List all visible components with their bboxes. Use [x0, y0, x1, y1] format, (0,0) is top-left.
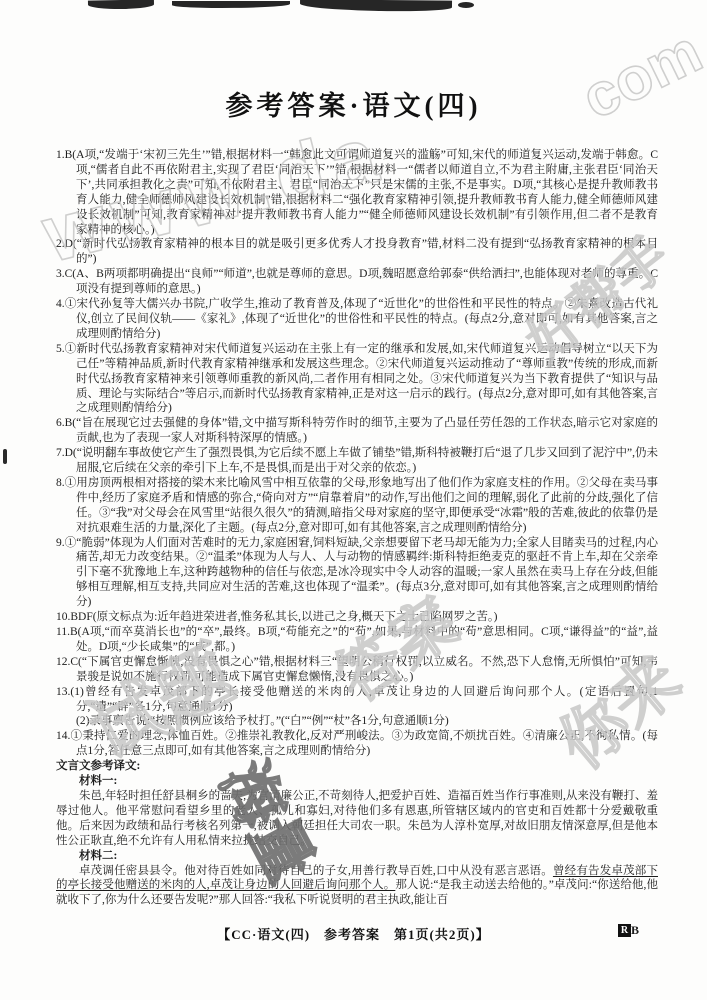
answer-item: 13.(1)曾经有告发卓茂部下的亭长接受他赠送的米肉的人,卓茂让身边的人回避后询…: [56, 685, 658, 730]
answer-number: 2.: [56, 238, 65, 250]
answer-text: B(A项,“发端于‘宋初三先生’”错,根据材料一“韩愈此文可谓师道复兴的滥觞”可…: [65, 149, 658, 236]
page-footer: 【CC·语文(四) 参考答案 第1页(共2页)】: [0, 924, 707, 943]
answer-text: C(A、B两项都明确提出“良师”“师道”,也就是尊师的意思。D项,魏昭愿意给郭泰…: [65, 268, 658, 295]
answer-item: 9.①“脆弱”体现为人们面对苦难时的无力,家庭困窘,饲料短缺,父亲想要留下老马却…: [56, 536, 658, 611]
answer-number: 8.: [56, 477, 65, 489]
answer-item: 4.①宋代孙复等大儒兴办书院,广收学生,推动了教育普及,体现了“近世化”的世俗性…: [56, 297, 658, 342]
answer-text: ①秉持仁爱的理念,体恤百姓。②推崇礼教教化,反对严刑峻法。③为政宽简,不烦扰百姓…: [70, 730, 658, 757]
answer-text: D(“说明翻车事故使它产生了强烈畏惧,为它后续不愿上车做了铺垫”错,斯科特被鞭打…: [65, 447, 658, 474]
answer-number: 11.: [56, 626, 70, 638]
answer-text: ①“脆弱”体现为人们面对苦难时的无力,家庭困窘,饲料短缺,父亲想要留下老马却无能…: [65, 537, 658, 609]
material-one-label: 材料一:: [79, 774, 658, 789]
answer-number: 5.: [56, 343, 65, 355]
answer-number: 14.: [56, 730, 70, 742]
answer-item: 6.B(“旨在展现它过去强健的身体”错,文中描写斯科特劳作时的细节,主要为了凸显…: [56, 416, 658, 446]
answer-item: 10.BDF(原文标点为:近年趋进荣进者,惟务私其长,以进己之身,概天下之士已陷…: [56, 610, 658, 625]
margin-tick-mark: [3, 449, 7, 464]
answer-item: 1.B(A项,“发端于‘宋初三先生’”错,根据材料一“韩愈此文可谓师道复兴的滥觞…: [56, 148, 658, 237]
page-title: 参考答案·语文(四): [0, 84, 707, 123]
edition-badge-box: R: [618, 924, 631, 937]
answer-number: 12.: [56, 656, 70, 668]
answer-item: 11.B(A项,“而卒莫消长也”的“卒”,最终。B项,“苟能充之”的“苟”,如果…: [56, 625, 658, 655]
scanned-answer-sheet-page: www.da com 好帮手 答案 试题 你来 海量 参考答案·语文(四) 1.…: [0, 0, 707, 1000]
answer-body: 1.B(A项,“发端于‘宋初三先生’”错,根据材料一“韩愈此文可谓师道复兴的滥觞…: [56, 148, 658, 908]
answer-number: 6.: [56, 417, 65, 429]
answer-number: 9.: [56, 537, 65, 549]
answer-item: 14.①秉持仁爱的理念,体恤百姓。②推崇礼教教化,反对严刑峻法。③为政宽简,不烦…: [56, 729, 658, 759]
answer-text: D(“新时代弘扬教育家精神的根本目的就是吸引更多优秀人才投身教育”错,材料二没有…: [65, 238, 658, 265]
answer-number: 4.: [56, 298, 65, 310]
answer-number: 10.: [56, 611, 70, 623]
answer-text: BDF(原文标点为:近年趋进荣进者,惟务私其长,以进己之身,概天下之士已陷网罗之…: [70, 611, 497, 623]
answer-item: 7.D(“说明翻车事故使它产生了强烈畏惧,为它后续不愿上车做了铺垫”错,斯科特被…: [56, 446, 658, 476]
answer-number: 7.: [56, 447, 65, 459]
translation-heading: 文言文参考译文:: [56, 759, 658, 774]
material-two-label: 材料二:: [79, 849, 658, 864]
ink-smudge: [458, 2, 474, 8]
answer-text: ①宋代孙复等大儒兴办书院,广收学生,推动了教育普及,体现了“近世化”的世俗性和平…: [65, 298, 658, 340]
answer-item: 12.C(“下属官吏懈怠惭愧,没有畏惧之心”错,根据材料三“望明公稍行权罚,以立…: [56, 655, 658, 685]
answer-item: 2.D(“新时代弘扬教育家精神的根本目的就是吸引更多优秀人才投身教育”错,材料二…: [56, 237, 658, 267]
answer-text: (1)曾经有告发卓茂部下的亭长接受他赠送的米肉的人,卓茂让身边的人回避后询问那个…: [70, 686, 658, 728]
material-two-translation: 卓茂调任密县县令。他对待百姓如同对待自己的子女,用善行教导百姓,口中从没有恶言恶…: [56, 864, 658, 909]
translation-segment: 卓茂调任密县县令。他对待百姓如同对待自己的子女,用善行教导百姓,口中从没有恶言恶…: [79, 865, 553, 877]
answer-text: ①用房顶两根相对搭接的梁木来比喻风雪中相互依靠的父母,形象地写出了他们作为家庭支…: [65, 477, 658, 534]
answer-item: 5.①新时代弘扬教育家精神对宋代师道复兴运动在主张上有一定的继承和发展,如,宋代…: [56, 342, 658, 417]
edition-badge-letter: B: [631, 924, 639, 937]
answer-number: 3.: [56, 268, 65, 280]
answer-text: B(“旨在展现它过去强健的身体”错,文中描写斯科特劳作时的细节,主要为了凸显任劳…: [65, 417, 658, 444]
answer-text: B(A项,“而卒莫消长也”的“卒”,最终。B项,“苟能充之”的“苟”,如果,与材…: [70, 626, 658, 653]
ink-smudge: [172, 1, 290, 8]
answer-number: 1.: [56, 149, 65, 161]
material-one-translation: 朱邑,年轻时担任舒县桐乡的啬夫,为官清廉公正,不苛刻待人,把爱护百姓、造福百姓当…: [56, 789, 658, 849]
answer-number: 13.: [56, 686, 70, 698]
ink-smudge: [300, 0, 452, 12]
answer-text: C(“下属官吏懈怠惭愧,没有畏惧之心”错,根据材料三“望明公稍行权罚,以立威名。…: [70, 656, 658, 683]
answer-text: ①新时代弘扬教育家精神对宋代师道复兴运动在主张上有一定的继承和发展,如,宋代师道…: [65, 343, 658, 415]
answer-item: 3.C(A、B两项都明确提出“良师”“师道”,也就是尊师的意思。D项,魏昭愿意给…: [56, 267, 658, 297]
answer-item: 8.①用房顶两根相对搭接的梁木来比喻风雪中相互依靠的父母,形象地写出了他们作为家…: [56, 476, 658, 536]
edition-badge: RB: [618, 924, 639, 939]
ink-smudge: [88, 0, 154, 10]
